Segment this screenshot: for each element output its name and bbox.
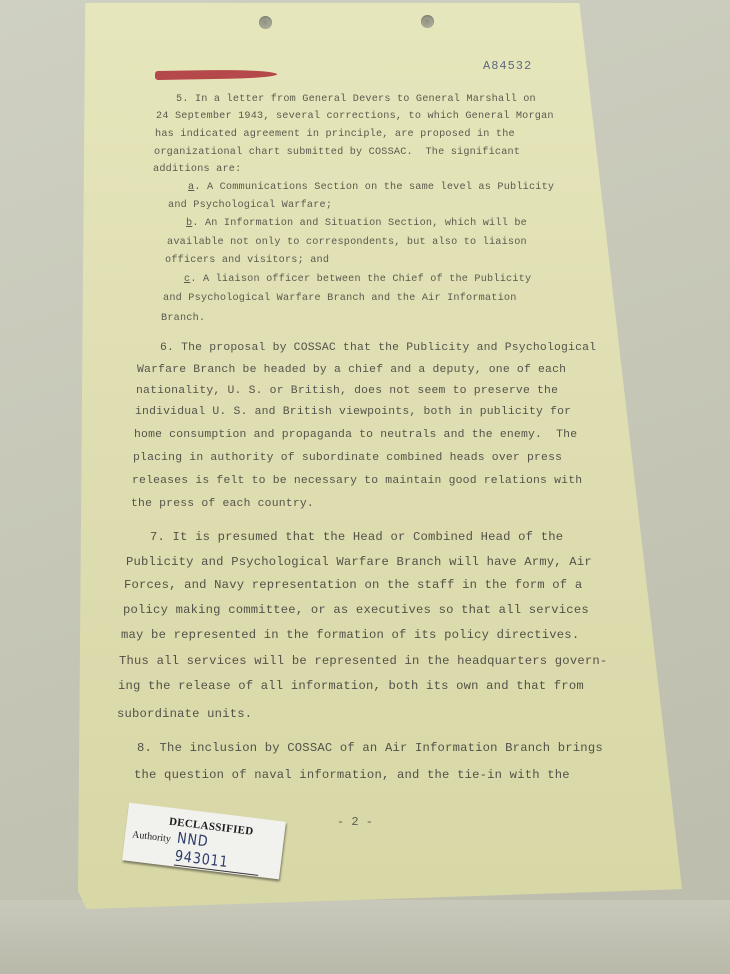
- text-line: . A liaison officer between the Chief of…: [190, 274, 531, 285]
- text-line: Warfare Branch be headed by a chief and …: [137, 364, 566, 376]
- text-line: nationality, U. S. or British, does not …: [136, 385, 558, 397]
- text-line: 8. The inclusion by COSSAC of an Air Inf…: [137, 741, 603, 755]
- desk-surface: [0, 900, 730, 974]
- text-line: may be represented in the formation of i…: [121, 628, 579, 642]
- text-line: releases is felt to be necessary to main…: [132, 475, 582, 487]
- text-line: and Psychological Warfare Branch and the…: [163, 293, 517, 304]
- text-line: 6. The proposal by COSSAC that the Publi…: [160, 342, 596, 354]
- text-line: the question of naval information, and t…: [134, 768, 570, 782]
- text-line: and Psychological Warfare;: [168, 200, 332, 211]
- text-line: 5. In a letter from General Devers to Ge…: [176, 94, 536, 105]
- stamp-authority-label: Authority: [132, 829, 172, 845]
- text-line: Publicity and Psychological Warfare Bran…: [126, 555, 592, 569]
- text-line: home consumption and propaganda to neutr…: [134, 429, 577, 441]
- text-line: Forces, and Navy representation on the s…: [124, 578, 582, 592]
- text-line: Branch.: [161, 313, 205, 324]
- list-item-a: a. A Communications Section on the same …: [188, 182, 554, 193]
- text-line: 7. It is presumed that the Head or Combi…: [150, 530, 563, 544]
- text-line: subordinate units.: [117, 707, 252, 721]
- text-line: ing the release of all information, both…: [118, 679, 584, 693]
- text-line: additions are:: [153, 164, 241, 175]
- list-item-c: c. A liaison officer between the Chief o…: [184, 274, 531, 285]
- text-line: . A Communications Section on the same l…: [194, 182, 554, 193]
- punch-hole: [421, 15, 434, 28]
- text-line: has indicated agreement in principle, ar…: [155, 129, 515, 140]
- text-line: officers and visitors; and: [165, 255, 329, 266]
- text-line: the press of each country.: [131, 498, 314, 510]
- text-line: . An Information and Situation Section, …: [192, 218, 527, 229]
- text-line: individual U. S. and British viewpoints,…: [135, 406, 571, 418]
- text-line: placing in authority of subordinate comb…: [133, 452, 562, 464]
- text-line: Thus all services will be represented in…: [119, 654, 607, 668]
- document-number: A84532: [483, 59, 532, 73]
- text-line: 24 September 1943, several corrections, …: [156, 111, 554, 122]
- text-line: available not only to correspondents, bu…: [167, 237, 527, 248]
- page-number: - 2 -: [337, 815, 373, 829]
- list-item-b: b. An Information and Situation Section,…: [186, 218, 527, 229]
- punch-hole: [259, 16, 272, 29]
- text-line: organizational chart submitted by COSSAC…: [154, 147, 520, 158]
- text-line: policy making committee, or as executive…: [123, 603, 589, 617]
